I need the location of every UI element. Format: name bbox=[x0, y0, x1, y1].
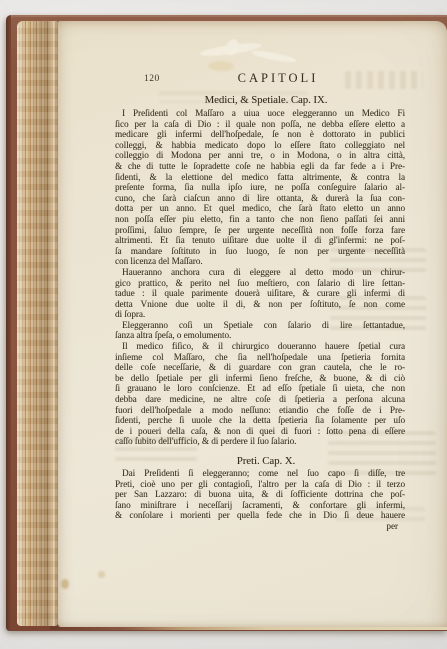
text-line: detta Vnione due uolte il di, & non per … bbox=[115, 299, 405, 310]
text-line: per San Lazzaro: di buona uita, & di ſof… bbox=[115, 489, 405, 500]
text-line: medicare gli infermi dell'hoſpedale, ſe … bbox=[115, 129, 405, 140]
text-line: di ſopra. bbox=[115, 309, 405, 320]
text-line: gico prattico, & perito nel ſuo meſtiero… bbox=[115, 278, 405, 289]
catchword: per bbox=[115, 521, 405, 532]
text-line: con licenza del Maſſaro. bbox=[115, 256, 405, 267]
text-line: Haueranno anchora cura di eleggere al de… bbox=[115, 267, 405, 278]
text-line: proſſimi, ſaluo ſempre, ſe per urgente n… bbox=[115, 225, 405, 236]
text-line: de i poueri della caſa, & non di quei di… bbox=[115, 426, 405, 437]
text-line: tadue : il quale parimente douerà uiſita… bbox=[115, 288, 405, 299]
text-line: altrimenti. Et ſia tenuto uiſitare due u… bbox=[115, 235, 405, 246]
text-line: Preti, cioè uno per gli contagioſi, l'al… bbox=[115, 479, 405, 490]
paper-crease bbox=[251, 49, 297, 65]
text-line: Dai Preſidenti ſi eleggeranno; come nel … bbox=[115, 468, 405, 479]
foxing-spot bbox=[61, 579, 69, 589]
text-line: cuno, che ſarà ciaſcun anno di lire otta… bbox=[115, 193, 405, 204]
text-line: inſieme col Maſſaro, che ſia nell'hoſped… bbox=[115, 352, 405, 363]
text-line: ſi grauano le loro conſcienze. Et ad eſſ… bbox=[115, 383, 405, 394]
text-block: Medici, & Spetiale. Cap. IX.I Preſidenti… bbox=[115, 94, 405, 532]
running-head: CAPITOLI bbox=[115, 71, 405, 86]
foxing-spot bbox=[208, 61, 234, 71]
text-line: non poſſa eſſer piu eletto, fin a tanto … bbox=[115, 214, 405, 225]
text-line: caſſo ſubito dell'ufficio, & di perdere … bbox=[115, 436, 405, 447]
photo-backdrop: 120 CAPITOLI Medici, & Spetiale. Cap. IX… bbox=[0, 0, 447, 649]
page-stack-fore-edge bbox=[17, 21, 58, 626]
text-line: ſidenti, perche ſi uuole che la detta ſp… bbox=[115, 415, 405, 426]
text-line: fuori dell'hoſpedale a modo neſſuno: eti… bbox=[115, 405, 405, 416]
text-line: & che di tutte le ſopradette coſe ne hab… bbox=[115, 161, 405, 172]
text-line: preſente forma, ſia nulla ipſo iure, ne … bbox=[115, 182, 405, 193]
foxing-spot bbox=[98, 571, 105, 578]
text-line: ſano miniſtrare i neceſſarij ſacramenti,… bbox=[115, 500, 405, 511]
text-line: Il medico fiſico, & il chirurgico douera… bbox=[115, 341, 405, 352]
book-page: 120 CAPITOLI Medici, & Spetiale. Cap. IX… bbox=[58, 21, 447, 627]
chapter-heading: Medici, & Spetiale. Cap. IX. bbox=[115, 94, 405, 106]
text-line: & conſolare i morienti per quella fede c… bbox=[115, 510, 405, 521]
text-line: debba dare medicine, ne altre coſe di ſp… bbox=[115, 394, 405, 405]
text-line: colleggio di Modona per anni tre, o in M… bbox=[115, 150, 405, 161]
text-line: delle coſe neceſſarie, & di guardare con… bbox=[115, 362, 405, 373]
text-line: I Preſidenti col Maſſaro a uiua uoce ele… bbox=[115, 108, 405, 119]
text-line: colleggi, & habbia medicato dopo lo eſſe… bbox=[115, 140, 405, 151]
text-line: Eleggeranno coſi un Spetiale con ſalario… bbox=[115, 320, 405, 331]
text-line: ſidenti, & la elettione del medico fatta… bbox=[115, 172, 405, 183]
text-line: ſa mandare ſoſtituto in ſuo luogo, ſe no… bbox=[115, 246, 405, 257]
text-line: ſico per la caſa di Dio : il quale non p… bbox=[115, 119, 405, 130]
text-line: ſanza altra ſpeſa, o emolumento. bbox=[115, 330, 405, 341]
text-line: be dello ſpetiale per gli infermi ſieno … bbox=[115, 373, 405, 384]
book-cover: 120 CAPITOLI Medici, & Spetiale. Cap. IX… bbox=[6, 15, 447, 631]
chapter-heading: Preti. Cap. X. bbox=[115, 455, 405, 467]
book-cover-edge bbox=[6, 15, 11, 631]
text-line: dotta per un anno. Et quel medico, che ſ… bbox=[115, 203, 405, 214]
